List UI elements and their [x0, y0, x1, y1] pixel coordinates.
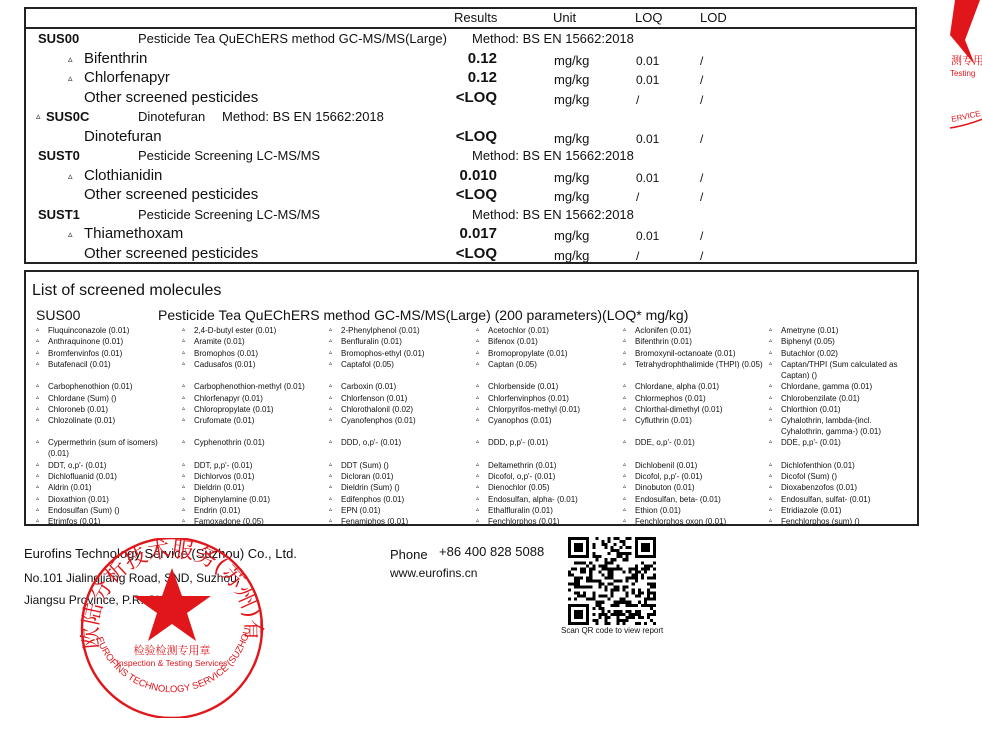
- analyte-name: Other screened pesticides: [84, 89, 258, 106]
- molecule-name: Fenamiphos (0.01): [341, 516, 471, 527]
- result-loq: 0.01: [636, 229, 659, 243]
- triangle-marker-icon: ▵: [36, 471, 39, 482]
- result-unit: mg/kg: [554, 53, 589, 68]
- triangle-marker-icon: ▵: [182, 516, 185, 527]
- method-group-row: SUST0Pesticide Screening LC-MS/MSMethod:…: [26, 147, 915, 166]
- triangle-marker-icon: ▵: [476, 404, 479, 415]
- result-row: ▵Thiamethoxam0.017mg/kg0.01/: [26, 225, 915, 244]
- triangle-marker-icon: ▵: [623, 393, 626, 404]
- molecule-name: Ethion (0.01): [635, 505, 765, 516]
- triangle-marker-icon: ▵: [476, 348, 479, 359]
- triangle-marker-icon: ▵: [623, 505, 626, 516]
- molecule-name: Bromophos (0.01): [194, 348, 324, 359]
- molecule-name: DDE, o,p'- (0.01): [635, 437, 765, 448]
- triangle-marker-icon: ▵: [476, 482, 479, 493]
- website-link[interactable]: www.eurofins.cn: [390, 566, 477, 580]
- molecule-name: Carboxin (0.01): [341, 381, 471, 392]
- triangle-marker-icon: ▵: [68, 54, 73, 65]
- analyte-name: Thiamethoxam: [84, 225, 183, 242]
- result-lod: /: [700, 229, 703, 243]
- molecule-name: Dicofol, p,p'- (0.01): [635, 471, 765, 482]
- triangle-marker-icon: ▵: [329, 415, 332, 426]
- triangle-marker-icon: ▵: [36, 505, 39, 516]
- analyte-name: Chlorfenapyr: [84, 69, 170, 86]
- result-unit: mg/kg: [554, 72, 589, 87]
- molecule-name: Captan (0.05): [488, 359, 618, 370]
- result-lod: /: [700, 249, 703, 263]
- triangle-marker-icon: ▵: [36, 381, 39, 392]
- molecule-name: Chlordane, gamma (0.01): [781, 381, 911, 392]
- triangle-marker-icon: ▵: [476, 359, 479, 370]
- result-loq: /: [636, 190, 639, 204]
- stamp-bottom-text: EUROFINS TECHNOLOGY SERVICE (SUZHOU) CO.…: [72, 538, 253, 695]
- molecule-name: Cadusafos (0.01): [194, 359, 324, 370]
- molecule-name: Butafenacil (0.01): [48, 359, 178, 370]
- molecule-name: Chlorbenside (0.01): [488, 381, 618, 392]
- method-code: SUS0C: [46, 109, 89, 124]
- molecule-name: Etrimfos (0.01): [48, 516, 178, 527]
- triangle-marker-icon: ▵: [182, 381, 185, 392]
- molecule-name: Captan/THPI (Sum calculated as Captan) (…: [781, 359, 911, 381]
- triangle-marker-icon: ▵: [36, 437, 39, 448]
- molecule-name: Bifenthrin (0.01): [635, 336, 765, 347]
- triangle-marker-icon: ▵: [769, 359, 772, 370]
- molecule-name: Dicofol (Sum) (): [781, 471, 911, 482]
- header-results: Results: [454, 10, 497, 25]
- molecule-name: Fenchlorphos oxon (0.01): [635, 516, 765, 527]
- triangle-marker-icon: ▵: [36, 404, 39, 415]
- triangle-marker-icon: ▵: [182, 482, 185, 493]
- triangle-marker-icon: ▵: [623, 404, 626, 415]
- analyte-name: Other screened pesticides: [84, 186, 258, 203]
- triangle-marker-icon: ▵: [182, 393, 185, 404]
- molecule-name: Aramite (0.01): [194, 336, 324, 347]
- molecule-name: Anthraquinone (0.01): [48, 336, 178, 347]
- triangle-marker-icon: ▵: [476, 460, 479, 471]
- triangle-marker-icon: ▵: [769, 437, 772, 448]
- triangle-marker-icon: ▵: [36, 336, 39, 347]
- method-standard: Method: BS EN 15662:2018: [472, 207, 634, 222]
- address-line-1: No.101 Jialingjiang Road, SND, Suzhou,: [24, 571, 240, 585]
- method-standard: Method: BS EN 15662:2018: [472, 31, 634, 46]
- molecule-name: Benfluralin (0.01): [341, 336, 471, 347]
- molecule-name: Endosulfan, alpha- (0.01): [488, 494, 618, 505]
- molecule-name: Etridiazole (0.01): [781, 505, 911, 516]
- molecule-name: Cypermethrin (sum of isomers) (0.01): [48, 437, 178, 459]
- molecule-name: Chlorthal-dimethyl (0.01): [635, 404, 765, 415]
- molecule-name: Endosulfan, sulfat- (0.01): [781, 494, 911, 505]
- triangle-marker-icon: ▵: [623, 348, 626, 359]
- analyte-name: Clothianidin: [84, 167, 162, 184]
- result-value: <LOQ: [456, 89, 497, 106]
- result-value: 0.010: [459, 167, 497, 184]
- triangle-marker-icon: ▵: [769, 482, 772, 493]
- result-value: <LOQ: [456, 245, 497, 262]
- results-table-header: Results Unit LOQ LOD: [26, 9, 915, 29]
- molecule-name: Bifenox (0.01): [488, 336, 618, 347]
- molecule-name: Dicofol, o,p'- (0.01): [488, 471, 618, 482]
- phone-label: Phone: [390, 547, 428, 562]
- triangle-marker-icon: ▵: [182, 415, 185, 426]
- result-lod: /: [700, 171, 703, 185]
- molecule-name: Fenchlorphos (0.01): [488, 516, 618, 527]
- triangle-marker-icon: ▵: [623, 381, 626, 392]
- triangle-marker-icon: ▵: [476, 336, 479, 347]
- triangle-marker-icon: ▵: [329, 505, 332, 516]
- triangle-marker-icon: ▵: [329, 404, 332, 415]
- molecule-name: Chlorfenapyr (0.01): [194, 393, 324, 404]
- molecule-name: Chlozolinate (0.01): [48, 415, 178, 426]
- triangle-marker-icon: ▵: [68, 73, 73, 84]
- company-seal-stamp: 欧陆分析技术服务(苏州)有限公司 检验检测专用章 Inspection & Te…: [72, 538, 272, 718]
- results-table: Results Unit LOQ LOD SUS00Pesticide Tea …: [24, 7, 917, 264]
- molecule-name: Aldrin (0.01): [48, 482, 178, 493]
- analyte-name: Other screened pesticides: [84, 245, 258, 262]
- triangle-marker-icon: ▵: [623, 494, 626, 505]
- triangle-marker-icon: ▵: [329, 482, 332, 493]
- molecule-name: Biphenyl (0.05): [781, 336, 911, 347]
- molecule-name: Dienochlor (0.05): [488, 482, 618, 493]
- triangle-marker-icon: ▵: [68, 171, 73, 182]
- triangle-marker-icon: ▵: [36, 348, 39, 359]
- triangle-marker-icon: ▵: [36, 359, 39, 370]
- molecule-name: Endosulfan (Sum) (): [48, 505, 178, 516]
- molecule-name: Dichlofenthion (0.01): [781, 460, 911, 471]
- molecule-name: 2-Phenylphenol (0.01): [341, 325, 471, 336]
- triangle-marker-icon: ▵: [36, 516, 39, 527]
- molecule-name: Chlordane, alpha (0.01): [635, 381, 765, 392]
- triangle-marker-icon: ▵: [623, 325, 626, 336]
- partial-stamp-edge: 测专用 Testing ERVICE: [935, 0, 982, 140]
- phone-number[interactable]: +86 400 828 5088: [439, 544, 544, 559]
- result-row: Other screened pesticides<LOQmg/kg//: [26, 89, 915, 108]
- method-description: Pesticide Screening LC-MS/MS: [138, 207, 320, 222]
- result-row: Other screened pesticides<LOQmg/kg//: [26, 186, 915, 205]
- result-value: 0.12: [468, 50, 497, 67]
- molecule-name: Bromoxynil-octanoate (0.01): [635, 348, 765, 359]
- header-unit: Unit: [553, 10, 576, 25]
- stamp-edge-service: ERVICE: [951, 109, 982, 124]
- result-row: Dinotefuran<LOQmg/kg0.01/: [26, 128, 915, 147]
- molecule-name: Dicloran (0.01): [341, 471, 471, 482]
- triangle-marker-icon: ▵: [476, 393, 479, 404]
- triangle-marker-icon: ▵: [182, 336, 185, 347]
- molecule-name: Ametryne (0.01): [781, 325, 911, 336]
- triangle-marker-icon: ▵: [769, 494, 772, 505]
- method-group-row: SUST1Pesticide Screening LC-MS/MSMethod:…: [26, 206, 915, 225]
- triangle-marker-icon: ▵: [769, 516, 772, 527]
- molecule-name: DDT, p,p'- (0.01): [194, 460, 324, 471]
- triangle-marker-icon: ▵: [476, 437, 479, 448]
- result-value: 0.017: [459, 225, 497, 242]
- result-loq: 0.01: [636, 171, 659, 185]
- triangle-marker-icon: ▵: [36, 415, 39, 426]
- molecule-name: EPN (0.01): [341, 505, 471, 516]
- molecule-name: Chlorobenzilate (0.01): [781, 393, 911, 404]
- molecule-name: Cyfluthrin (0.01): [635, 415, 765, 426]
- result-value: <LOQ: [456, 128, 497, 145]
- molecule-name: Famoxadone (0.05): [194, 516, 324, 527]
- triangle-marker-icon: ▵: [476, 505, 479, 516]
- molecule-name: 2,4-D-butyl ester (0.01): [194, 325, 324, 336]
- triangle-marker-icon: ▵: [623, 471, 626, 482]
- triangle-marker-icon: ▵: [769, 404, 772, 415]
- star-icon: [950, 0, 980, 65]
- triangle-marker-icon: ▵: [182, 505, 185, 516]
- triangle-marker-icon: ▵: [182, 348, 185, 359]
- stamp-center-en: Inspection & Testing Services: [117, 658, 228, 668]
- triangle-marker-icon: ▵: [769, 325, 772, 336]
- triangle-marker-icon: ▵: [623, 415, 626, 426]
- result-value: 0.12: [468, 69, 497, 86]
- method-description: Pesticide Tea QuEChERS method GC-MS/MS(L…: [138, 31, 447, 46]
- triangle-marker-icon: ▵: [476, 516, 479, 527]
- screened-molecules-section: List of screened molecules SUS00 Pestici…: [24, 270, 919, 526]
- molecule-name: Diphenylamine (0.01): [194, 494, 324, 505]
- molecule-name: DDD, o,p'- (0.01): [341, 437, 471, 448]
- svg-text:EUROFINS TECHNOLOGY SERVICE (S: EUROFINS TECHNOLOGY SERVICE (SUZHOU) CO.…: [72, 538, 253, 695]
- analyte-name: Dinotefuran: [84, 128, 162, 145]
- molecule-name: Dichlofluanid (0.01): [48, 471, 178, 482]
- molecule-name: Crufomate (0.01): [194, 415, 324, 426]
- triangle-marker-icon: ▵: [329, 471, 332, 482]
- result-unit: mg/kg: [554, 131, 589, 146]
- molecule-name: Dioxabenzofos (0.01): [781, 482, 911, 493]
- triangle-marker-icon: ▵: [36, 393, 39, 404]
- molecule-name: Butachlor (0.02): [781, 348, 911, 359]
- result-lod: /: [700, 190, 703, 204]
- result-lod: /: [700, 73, 703, 87]
- company-name: Eurofins Technology Service (Suzhou) Co.…: [24, 546, 297, 561]
- triangle-marker-icon: ▵: [329, 437, 332, 448]
- triangle-marker-icon: ▵: [769, 393, 772, 404]
- triangle-marker-icon: ▵: [623, 516, 626, 527]
- triangle-marker-icon: ▵: [36, 494, 39, 505]
- molecule-name: Aclonifen (0.01): [635, 325, 765, 336]
- molecule-name: Endosulfan, beta- (0.01): [635, 494, 765, 505]
- triangle-marker-icon: ▵: [182, 404, 185, 415]
- method-standard: Method: BS EN 15662:2018: [472, 148, 634, 163]
- result-unit: mg/kg: [554, 189, 589, 204]
- method-code: SUS00: [38, 31, 79, 46]
- triangle-marker-icon: ▵: [182, 460, 185, 471]
- molecule-name: Bromopropylate (0.01): [488, 348, 618, 359]
- result-unit: mg/kg: [554, 170, 589, 185]
- result-lod: /: [700, 93, 703, 107]
- molecule-name: Dichlorvos (0.01): [194, 471, 324, 482]
- triangle-marker-icon: ▵: [329, 325, 332, 336]
- result-row: ▵Clothianidin0.010mg/kg0.01/: [26, 167, 915, 186]
- triangle-marker-icon: ▵: [329, 348, 332, 359]
- molecule-name: Dieldrin (0.01): [194, 482, 324, 493]
- result-lod: /: [700, 132, 703, 146]
- molecule-name: Chloropropylate (0.01): [194, 404, 324, 415]
- triangle-marker-icon: ▵: [329, 359, 332, 370]
- address-line-2: Jiangsu Province, P.R. China: [24, 593, 179, 607]
- triangle-marker-icon: ▵: [769, 348, 772, 359]
- analyte-name: Bifenthrin: [84, 50, 147, 67]
- molecule-name: Dichlobenil (0.01): [635, 460, 765, 471]
- screened-molecules-method: Pesticide Tea QuEChERS method GC-MS/MS(L…: [158, 307, 688, 323]
- molecule-name: Cyhalothrin, lambda-(incl. Cyhalothrin, …: [781, 415, 911, 437]
- molecule-name: Bromfenvinfos (0.01): [48, 348, 178, 359]
- molecule-name: Tetrahydrophthalimide (THPI) (0.05): [635, 359, 765, 370]
- molecule-name: Carbophenothion-methyl (0.01): [194, 381, 324, 392]
- method-code: SUST1: [38, 207, 80, 222]
- molecule-name: Dieldrin (Sum) (): [341, 482, 471, 493]
- qr-code[interactable]: [567, 537, 657, 625]
- triangle-marker-icon: ▵: [182, 471, 185, 482]
- result-unit: mg/kg: [554, 248, 589, 263]
- molecule-name: Chlorfenvinphos (0.01): [488, 393, 618, 404]
- triangle-marker-icon: ▵: [329, 393, 332, 404]
- result-loq: 0.01: [636, 54, 659, 68]
- molecule-name: Chlordane (Sum) (): [48, 393, 178, 404]
- header-loq: LOQ: [635, 10, 662, 25]
- molecule-name: Fluquinconazole (0.01): [48, 325, 178, 336]
- molecule-name: DDT, o,p'- (0.01): [48, 460, 178, 471]
- molecule-name: Chlorothalonil (0.02): [341, 404, 471, 415]
- molecule-name: DDE, p,p'- (0.01): [781, 437, 911, 448]
- triangle-marker-icon: ▵: [329, 336, 332, 347]
- result-unit: mg/kg: [554, 92, 589, 107]
- triangle-marker-icon: ▵: [769, 460, 772, 471]
- triangle-marker-icon: ▵: [329, 460, 332, 471]
- method-description: Pesticide Screening LC-MS/MS: [138, 148, 320, 163]
- result-loq: /: [636, 249, 639, 263]
- stamp-center-cn: 检验检测专用章: [134, 643, 211, 657]
- molecule-name: Dinobuton (0.01): [635, 482, 765, 493]
- triangle-marker-icon: ▵: [769, 471, 772, 482]
- molecule-name: Captafol (0.05): [341, 359, 471, 370]
- triangle-marker-icon: ▵: [182, 437, 185, 448]
- result-loq: 0.01: [636, 132, 659, 146]
- triangle-marker-icon: ▵: [36, 325, 39, 336]
- molecule-name: Endrin (0.01): [194, 505, 324, 516]
- method-group-row: SUS00Pesticide Tea QuEChERS method GC-MS…: [26, 30, 915, 49]
- stamp-ring: [82, 538, 262, 718]
- triangle-marker-icon: ▵: [623, 460, 626, 471]
- triangle-marker-icon: ▵: [476, 415, 479, 426]
- molecule-name: Cyanofenphos (0.01): [341, 415, 471, 426]
- molecule-name: Chlorpyrifos-methyl (0.01): [488, 404, 618, 415]
- molecule-name: Chlorthion (0.01): [781, 404, 911, 415]
- screened-molecules-title: List of screened molecules: [32, 282, 221, 300]
- result-value: <LOQ: [456, 186, 497, 203]
- molecule-name: Ethalfluralin (0.01): [488, 505, 618, 516]
- molecule-name: Chlorfenson (0.01): [341, 393, 471, 404]
- method-description: Dinotefuran: [138, 109, 205, 124]
- triangle-marker-icon: ▵: [329, 494, 332, 505]
- molecule-name: Deltamethrin (0.01): [488, 460, 618, 471]
- triangle-marker-icon: ▵: [623, 336, 626, 347]
- result-loq: /: [636, 93, 639, 107]
- triangle-marker-icon: ▵: [36, 482, 39, 493]
- triangle-marker-icon: ▵: [476, 325, 479, 336]
- triangle-marker-icon: ▵: [476, 471, 479, 482]
- result-lod: /: [700, 54, 703, 68]
- triangle-marker-icon: ▵: [36, 111, 41, 122]
- screened-molecules-code: SUS00: [36, 307, 80, 323]
- triangle-marker-icon: ▵: [769, 505, 772, 516]
- header-lod: LOD: [700, 10, 727, 25]
- triangle-marker-icon: ▵: [769, 336, 772, 347]
- molecule-name: Cyphenothrin (0.01): [194, 437, 324, 448]
- triangle-marker-icon: ▵: [769, 381, 772, 392]
- result-row: ▵Chlorfenapyr0.12mg/kg0.01/: [26, 69, 915, 88]
- method-standard: Method: BS EN 15662:2018: [222, 109, 384, 124]
- molecule-name: Dioxathion (0.01): [48, 494, 178, 505]
- triangle-marker-icon: ▵: [769, 415, 772, 426]
- method-code: SUST0: [38, 148, 80, 163]
- molecule-name: Carbophenothion (0.01): [48, 381, 178, 392]
- triangle-marker-icon: ▵: [182, 494, 185, 505]
- molecule-name: DDD, p,p'- (0.01): [488, 437, 618, 448]
- result-unit: mg/kg: [554, 228, 589, 243]
- result-row: ▵Bifenthrin0.12mg/kg0.01/: [26, 50, 915, 69]
- molecule-name: DDT (Sum) (): [341, 460, 471, 471]
- triangle-marker-icon: ▵: [68, 229, 73, 240]
- triangle-marker-icon: ▵: [182, 359, 185, 370]
- stamp-edge-en: Testing: [950, 69, 975, 78]
- molecule-name: Edifenphos (0.01): [341, 494, 471, 505]
- triangle-marker-icon: ▵: [182, 325, 185, 336]
- result-loq: 0.01: [636, 73, 659, 87]
- triangle-marker-icon: ▵: [623, 437, 626, 448]
- molecule-name: Acetochlor (0.01): [488, 325, 618, 336]
- molecule-name: Bromophos-ethyl (0.01): [341, 348, 471, 359]
- result-row: Other screened pesticides<LOQmg/kg//: [26, 245, 915, 264]
- triangle-marker-icon: ▵: [476, 381, 479, 392]
- molecule-name: Chloroneb (0.01): [48, 404, 178, 415]
- qr-caption: Scan QR code to view report: [561, 626, 663, 635]
- molecule-name: Cyanophos (0.01): [488, 415, 618, 426]
- molecule-name: Fenchlorphos (sum) (): [781, 516, 911, 527]
- triangle-marker-icon: ▵: [623, 482, 626, 493]
- stamp-edge-cn: 测专用: [951, 53, 982, 67]
- triangle-marker-icon: ▵: [36, 460, 39, 471]
- triangle-marker-icon: ▵: [623, 359, 626, 370]
- triangle-marker-icon: ▵: [329, 516, 332, 527]
- method-group-row: ▵SUS0CDinotefuranMethod: BS EN 15662:201…: [26, 108, 915, 127]
- molecule-name: Chlormephos (0.01): [635, 393, 765, 404]
- triangle-marker-icon: ▵: [476, 494, 479, 505]
- triangle-marker-icon: ▵: [329, 381, 332, 392]
